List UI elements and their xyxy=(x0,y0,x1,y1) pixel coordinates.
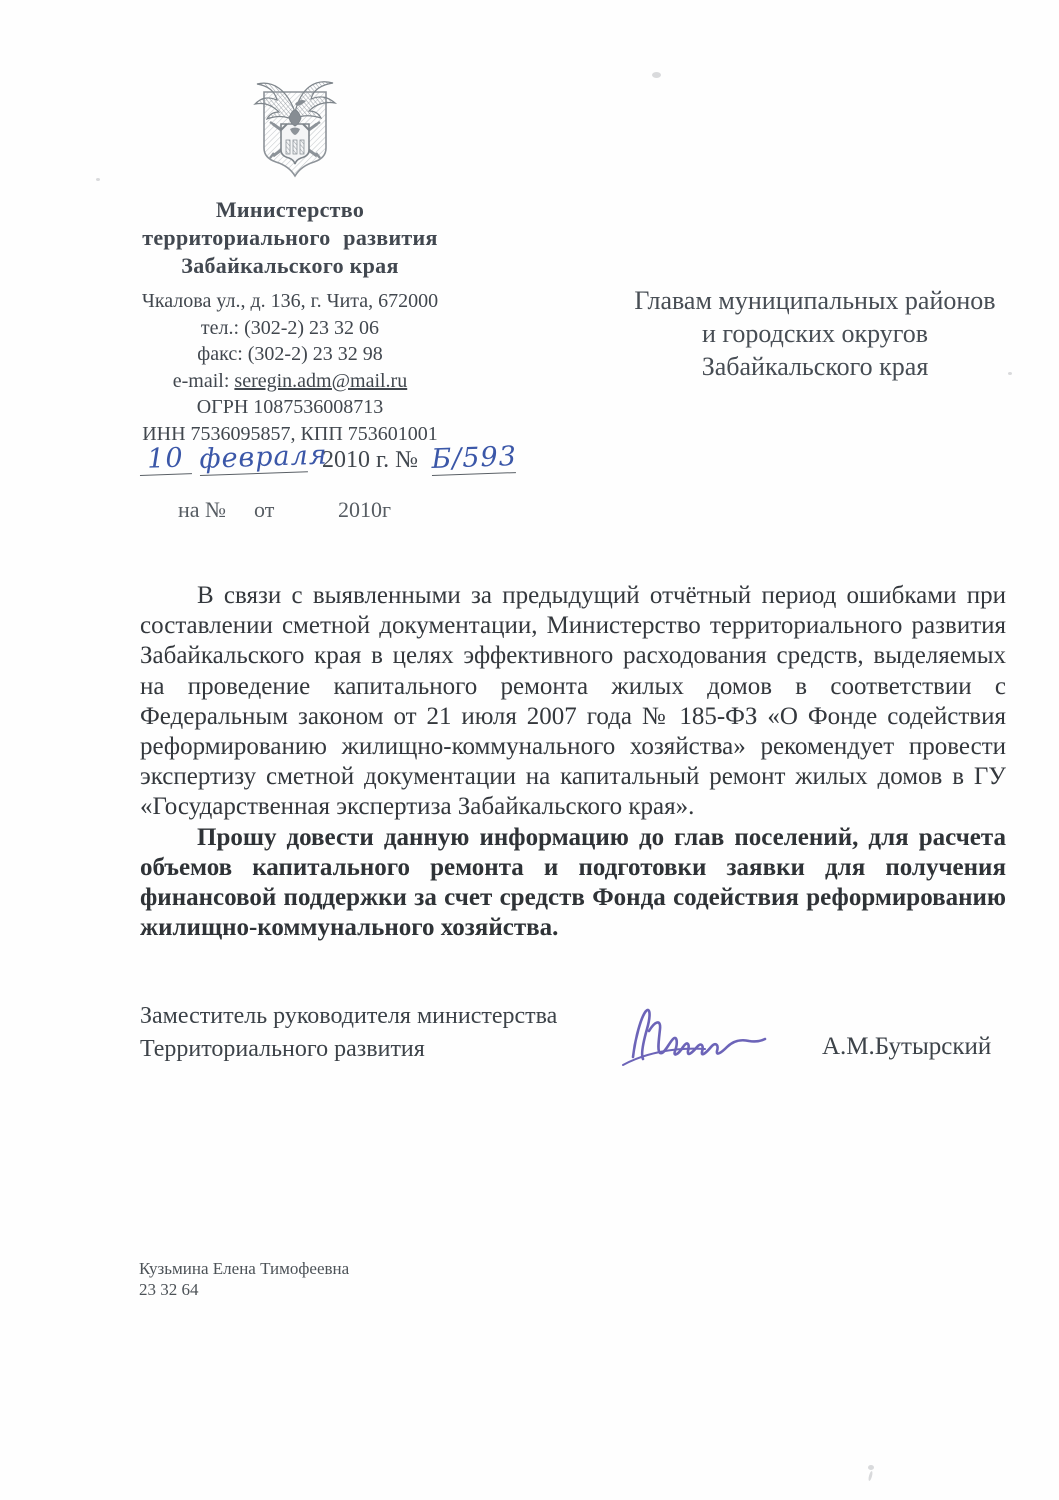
scan-speck xyxy=(1008,372,1012,375)
signer-name: А.М.Бутырский xyxy=(822,1033,1022,1061)
reference-year: 2010г xyxy=(338,497,391,523)
email-line: e-mail: seregin.adm@mail.ru xyxy=(95,368,485,395)
ministry-name-line1: Министерство xyxy=(95,196,485,224)
recipient-line3: Забайкальского края xyxy=(610,350,1020,383)
letter-body: В связи с выявленными за предыдущий отчё… xyxy=(140,581,1006,943)
ministry-name-line3: Забайкальского края xyxy=(95,252,485,280)
email-label: e-mail: xyxy=(173,370,235,392)
recipient-line2: и городских округов xyxy=(610,317,1020,350)
signer-title-line1: Заместитель руководителя министерства xyxy=(140,1000,620,1033)
printed-date-label: 2010 г. № xyxy=(322,447,418,476)
signer-title: Заместитель руководителя министерства Те… xyxy=(140,1000,620,1066)
scan-speck xyxy=(652,72,661,78)
date-number-line: 10 февраля 2010 г. № Б/593 xyxy=(140,436,516,476)
email-value: seregin.adm@mail.ru xyxy=(234,370,407,392)
executor-name: Кузьмина Елена Тимофеевна xyxy=(139,1258,349,1279)
address-line: Чкалова ул., д. 136, г. Чита, 672000 xyxy=(95,288,485,315)
ministry-name: Министерство территориального развития З… xyxy=(95,196,485,280)
recipient-block: Главам муниципальных районов и городских… xyxy=(610,284,1020,383)
signer-title-line2: Территориального развития xyxy=(140,1033,620,1066)
reference-line: на № от 2010г xyxy=(178,497,578,523)
handwritten-day: 10 xyxy=(139,442,192,476)
coat-of-arms-icon xyxy=(243,72,347,184)
letterhead-contacts: Чкалова ул., д. 136, г. Чита, 672000 тел… xyxy=(95,288,485,447)
body-paragraph-2: Прошу довести данную информацию до глав … xyxy=(140,823,1006,944)
ministry-name-line2: территориального развития xyxy=(95,224,485,252)
reference-na-no: на № xyxy=(178,497,226,522)
scan-speck xyxy=(96,178,100,181)
handwritten-outgoing-number: Б/593 xyxy=(431,441,516,476)
reference-ot: от xyxy=(254,497,274,523)
executor-phone: 23 32 64 xyxy=(139,1279,349,1300)
phone-line: тел.: (302-2) 23 32 06 xyxy=(95,315,485,342)
handwritten-signature-icon xyxy=(615,995,780,1080)
handwritten-month: февраля xyxy=(199,440,308,476)
scan-speck xyxy=(868,1465,874,1470)
scanned-letter-page: Министерство территориального развития З… xyxy=(0,0,1059,1500)
fax-line: факс: (302-2) 23 32 98 xyxy=(95,341,485,368)
recipient-line1: Главам муниципальных районов xyxy=(610,284,1020,317)
scan-speck xyxy=(868,1471,873,1481)
body-paragraph-1: В связи с выявленными за предыдущий отчё… xyxy=(140,581,1006,823)
executor-block: Кузьмина Елена Тимофеевна 23 32 64 xyxy=(139,1258,349,1300)
ogrn-line: ОГРН 1087536008713 xyxy=(95,394,485,421)
